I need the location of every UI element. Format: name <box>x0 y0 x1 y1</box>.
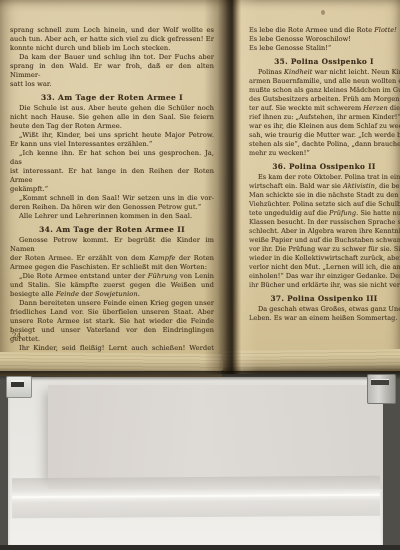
right-page: Es lebe die Rote Armee und die Rote Flot… <box>221 0 400 370</box>
text-line: Man schickte sie in die nächste Stadt zu… <box>249 191 399 200</box>
book-drop-shadow <box>0 371 400 380</box>
text-line: Es lebe Genosse Stalin!“ <box>249 44 399 53</box>
text-line: sah, wie traurig die Mutter war. „Ich we… <box>249 131 399 140</box>
right-page-text: Es lebe die Rote Armee und die Rote Flot… <box>249 26 399 323</box>
text-line: Er kann uns viel Interessantes erzählen.… <box>10 140 214 149</box>
text-line: der Roten Armee. Er erzählt von dem Kamp… <box>10 254 214 263</box>
text-line: heute den Tag der Roten Armee. <box>10 122 214 131</box>
text-line: mehr zu wecken!“ <box>249 149 399 158</box>
text-line: „Wißt ihr, Kinder, bei uns spricht heute… <box>10 131 214 140</box>
text-line: Dann bereiteten unsere Feinde einen Krie… <box>10 299 214 308</box>
text-line: stehen als sie“, dachte Polina, „dann br… <box>249 140 399 149</box>
text-line: Es kam der rote Oktober. Polina trat in … <box>249 173 399 182</box>
text-line: unsere Rote Armee ist stark. Sie hat wie… <box>10 317 214 326</box>
text-line: „Ich kenne ihn. Er hat schon bei uns ges… <box>10 149 214 167</box>
text-line: Da kam der Bauer und schlug ihn tot. Der… <box>10 53 214 62</box>
text-line: einholen!“ Das war ihr einziger Gedanke.… <box>249 272 399 281</box>
text-line: schlecht. Aber in Algebra waren ihre Ken… <box>249 227 399 236</box>
page-number: 24 <box>12 331 21 340</box>
text-line: ter auf. Sie weckte mit schwerem Herzen … <box>249 104 399 113</box>
paper-speck <box>321 10 325 15</box>
tape-strip <box>12 476 380 519</box>
section-heading: 35. Polina Ossipenko I <box>249 57 399 66</box>
section-heading: 36. Polina Ossipenko II <box>249 162 399 171</box>
text-line: wirtschaft ein. Bald war sie Aktivistin,… <box>249 182 399 191</box>
text-line: gekämpft.“ <box>10 185 214 194</box>
text-line: war es ihr, die Kleinen aus dem Schlaf z… <box>249 122 399 131</box>
white-card <box>8 377 383 545</box>
text-line: Leben. Es war an einem heißen Sommertag.… <box>249 314 399 323</box>
text-line: deren Reihen. Da hören wir den Genossen … <box>10 203 214 212</box>
text-line: satt los war. <box>10 80 214 89</box>
text-line: sprang in den Wald. Er war froh, daß er … <box>10 62 214 80</box>
text-line: besiegte alle Feinde der Sowjetunion. <box>10 290 214 299</box>
text-line: ihr Bücher und erklärte ihr, was sie nic… <box>249 281 399 290</box>
text-line: besiegt und unser Vaterland vor den Eind… <box>10 326 214 344</box>
text-line: Da geschah etwas Großes, etwas ganz Uner… <box>249 305 399 314</box>
text-line: tete ungeduldig auf die Prüfung. Sie hat… <box>249 209 399 218</box>
text-line: wieder in die Kollektivwirtschaft zurück… <box>249 254 399 263</box>
text-line: Alle Lehrer und Lehrerinnen kommen in de… <box>10 212 214 221</box>
card-inner-sheet <box>48 385 383 489</box>
text-line: friedliches Land vor. Sie überfielen uns… <box>10 308 214 317</box>
text-line: auch tun. Aber ach, er hatte sich viel z… <box>10 35 214 44</box>
text-line: und Stalin. Sie kämpfte zuerst gegen die… <box>10 281 214 290</box>
text-line: „Kommt schnell in den Saal! Wir setzen u… <box>10 194 214 203</box>
text-line: sprang schnell zum Loch hinein, und der … <box>10 26 214 35</box>
text-line: Es lebe die Rote Armee und die Rote Flot… <box>249 26 399 35</box>
text-line: nicht nach Hause. Sie gehen alle in den … <box>10 113 214 122</box>
background-bottom-edge <box>0 545 400 550</box>
text-line: verlor nicht den Mut. „Lernen will ich, … <box>249 263 399 272</box>
text-line: Die Schule ist aus. Aber heute gehen die… <box>10 104 214 113</box>
text-line: Polinas Kindheit war nicht leicht. Neun … <box>249 68 399 77</box>
text-line: armen Bauernfamilie, und alle neun wollt… <box>249 77 399 86</box>
text-line: Genosse Petrow kommt. Er begrüßt die Kin… <box>10 236 214 254</box>
right-clip <box>367 374 396 404</box>
text-line: mußte schon als ganz kleines Mädchen im … <box>249 86 399 95</box>
text-line: rief ihnen zu: „Aufstehen, ihr armen Kin… <box>249 113 399 122</box>
text-line: weiße Papier und auf die Buchstaben schw… <box>249 236 399 245</box>
text-line: Klassen besucht. In der russischen Sprac… <box>249 218 399 227</box>
text-line: Es lebe Genosse Woroschilow! <box>249 35 399 44</box>
section-heading: 34. Am Tage der Roten Armee II <box>10 225 214 234</box>
text-line: „Die Rote Armee entstand unter der Führu… <box>10 272 214 281</box>
text-line: des Gutsbesitzers arbeiten. Früh am Morg… <box>249 95 399 104</box>
text-line: konnte nicht durch und blieb im Loch ste… <box>10 44 214 53</box>
book-photo-scene: sprang schnell zum Loch hinein, und der … <box>0 0 400 550</box>
section-heading: 33. Am Tage der Roten Armee I <box>10 93 214 102</box>
section-heading: 37. Polina Ossipenko III <box>249 294 399 303</box>
text-line: Armee gegen die Faschisten. Er schließt … <box>10 263 214 272</box>
text-line: vor ihr. Die Prüfung war zu schwer für s… <box>249 245 399 254</box>
left-clip <box>6 376 32 398</box>
left-page-text: sprang schnell zum Loch hinein, und der … <box>10 26 214 371</box>
text-line: ist interessant. Er hat lange in den Rei… <box>10 167 214 185</box>
text-line: Viehzüchter. Polina setzte sich auf die … <box>249 200 399 209</box>
left-page: sprang schnell zum Loch hinein, und der … <box>0 0 221 374</box>
